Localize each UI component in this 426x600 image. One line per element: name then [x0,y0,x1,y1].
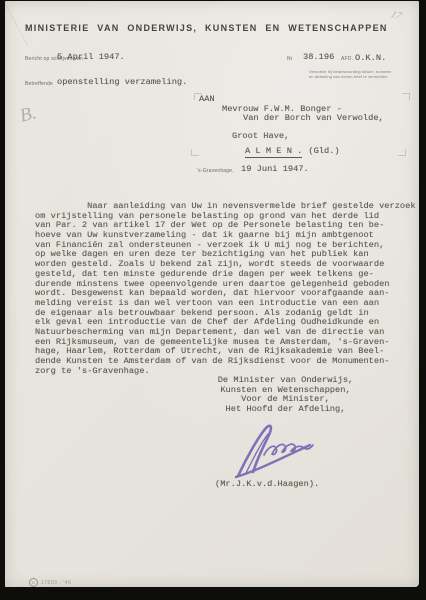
ministry-title: MINISTERIE VAN ONDERWIJS, KUNSTEN EN WET… [25,23,388,33]
department-label: AFD. [341,56,353,62]
printers-mark-icon: K [29,578,38,587]
subject-value: openstelling verzameling. [57,77,187,87]
footer: K17603 - '46 [29,574,71,592]
subject-label: Betreffende [25,81,53,87]
number-label: Nr [287,56,293,62]
closing-block: De Minister van Onderwijs,Kunsten en Wet… [193,376,378,414]
letter-photo: 17 MINISTERIE VAN ONDERWIJS, KUNSTEN EN … [0,0,426,600]
address-city-row: A L M E N . (Gld.) [245,146,340,158]
reply-note-line2: en afdeeling van dezen brief te vermelde… [309,74,391,79]
dateline-date: 19 Juni 1947. [241,164,309,174]
address-aan-label: AAN [199,94,215,104]
reference-value: 5 April 1947. [57,52,125,62]
signature-ink [228,419,328,481]
address-street: Groot Have, [232,131,289,141]
dateline-place: 's-Gravenhage, [197,168,234,174]
signature-name: (Mr.J.K.v.d.Haagen). [215,479,319,489]
address-province: (Gld.) [308,146,339,158]
window-corner-bottom-left [191,149,199,156]
window-corner-bottom-right [398,149,406,156]
print-code: 17603 - '46 [41,580,71,586]
closing-line: Het Hoofd der Afdeling, [193,405,378,415]
letter-body: Naar aanleiding van Uw in nevensvermelde… [35,202,416,376]
address-city: A L M E N . [245,146,302,158]
window-corner-top-right [402,93,410,100]
reply-note: Verzoeke bij beantwoording datum, nummer… [309,69,391,79]
number-value: 38.196 [303,52,334,62]
department-value: O.K.N. [355,53,386,63]
address-recipient-line2: Van der Borch van Verwolde, [243,113,384,123]
